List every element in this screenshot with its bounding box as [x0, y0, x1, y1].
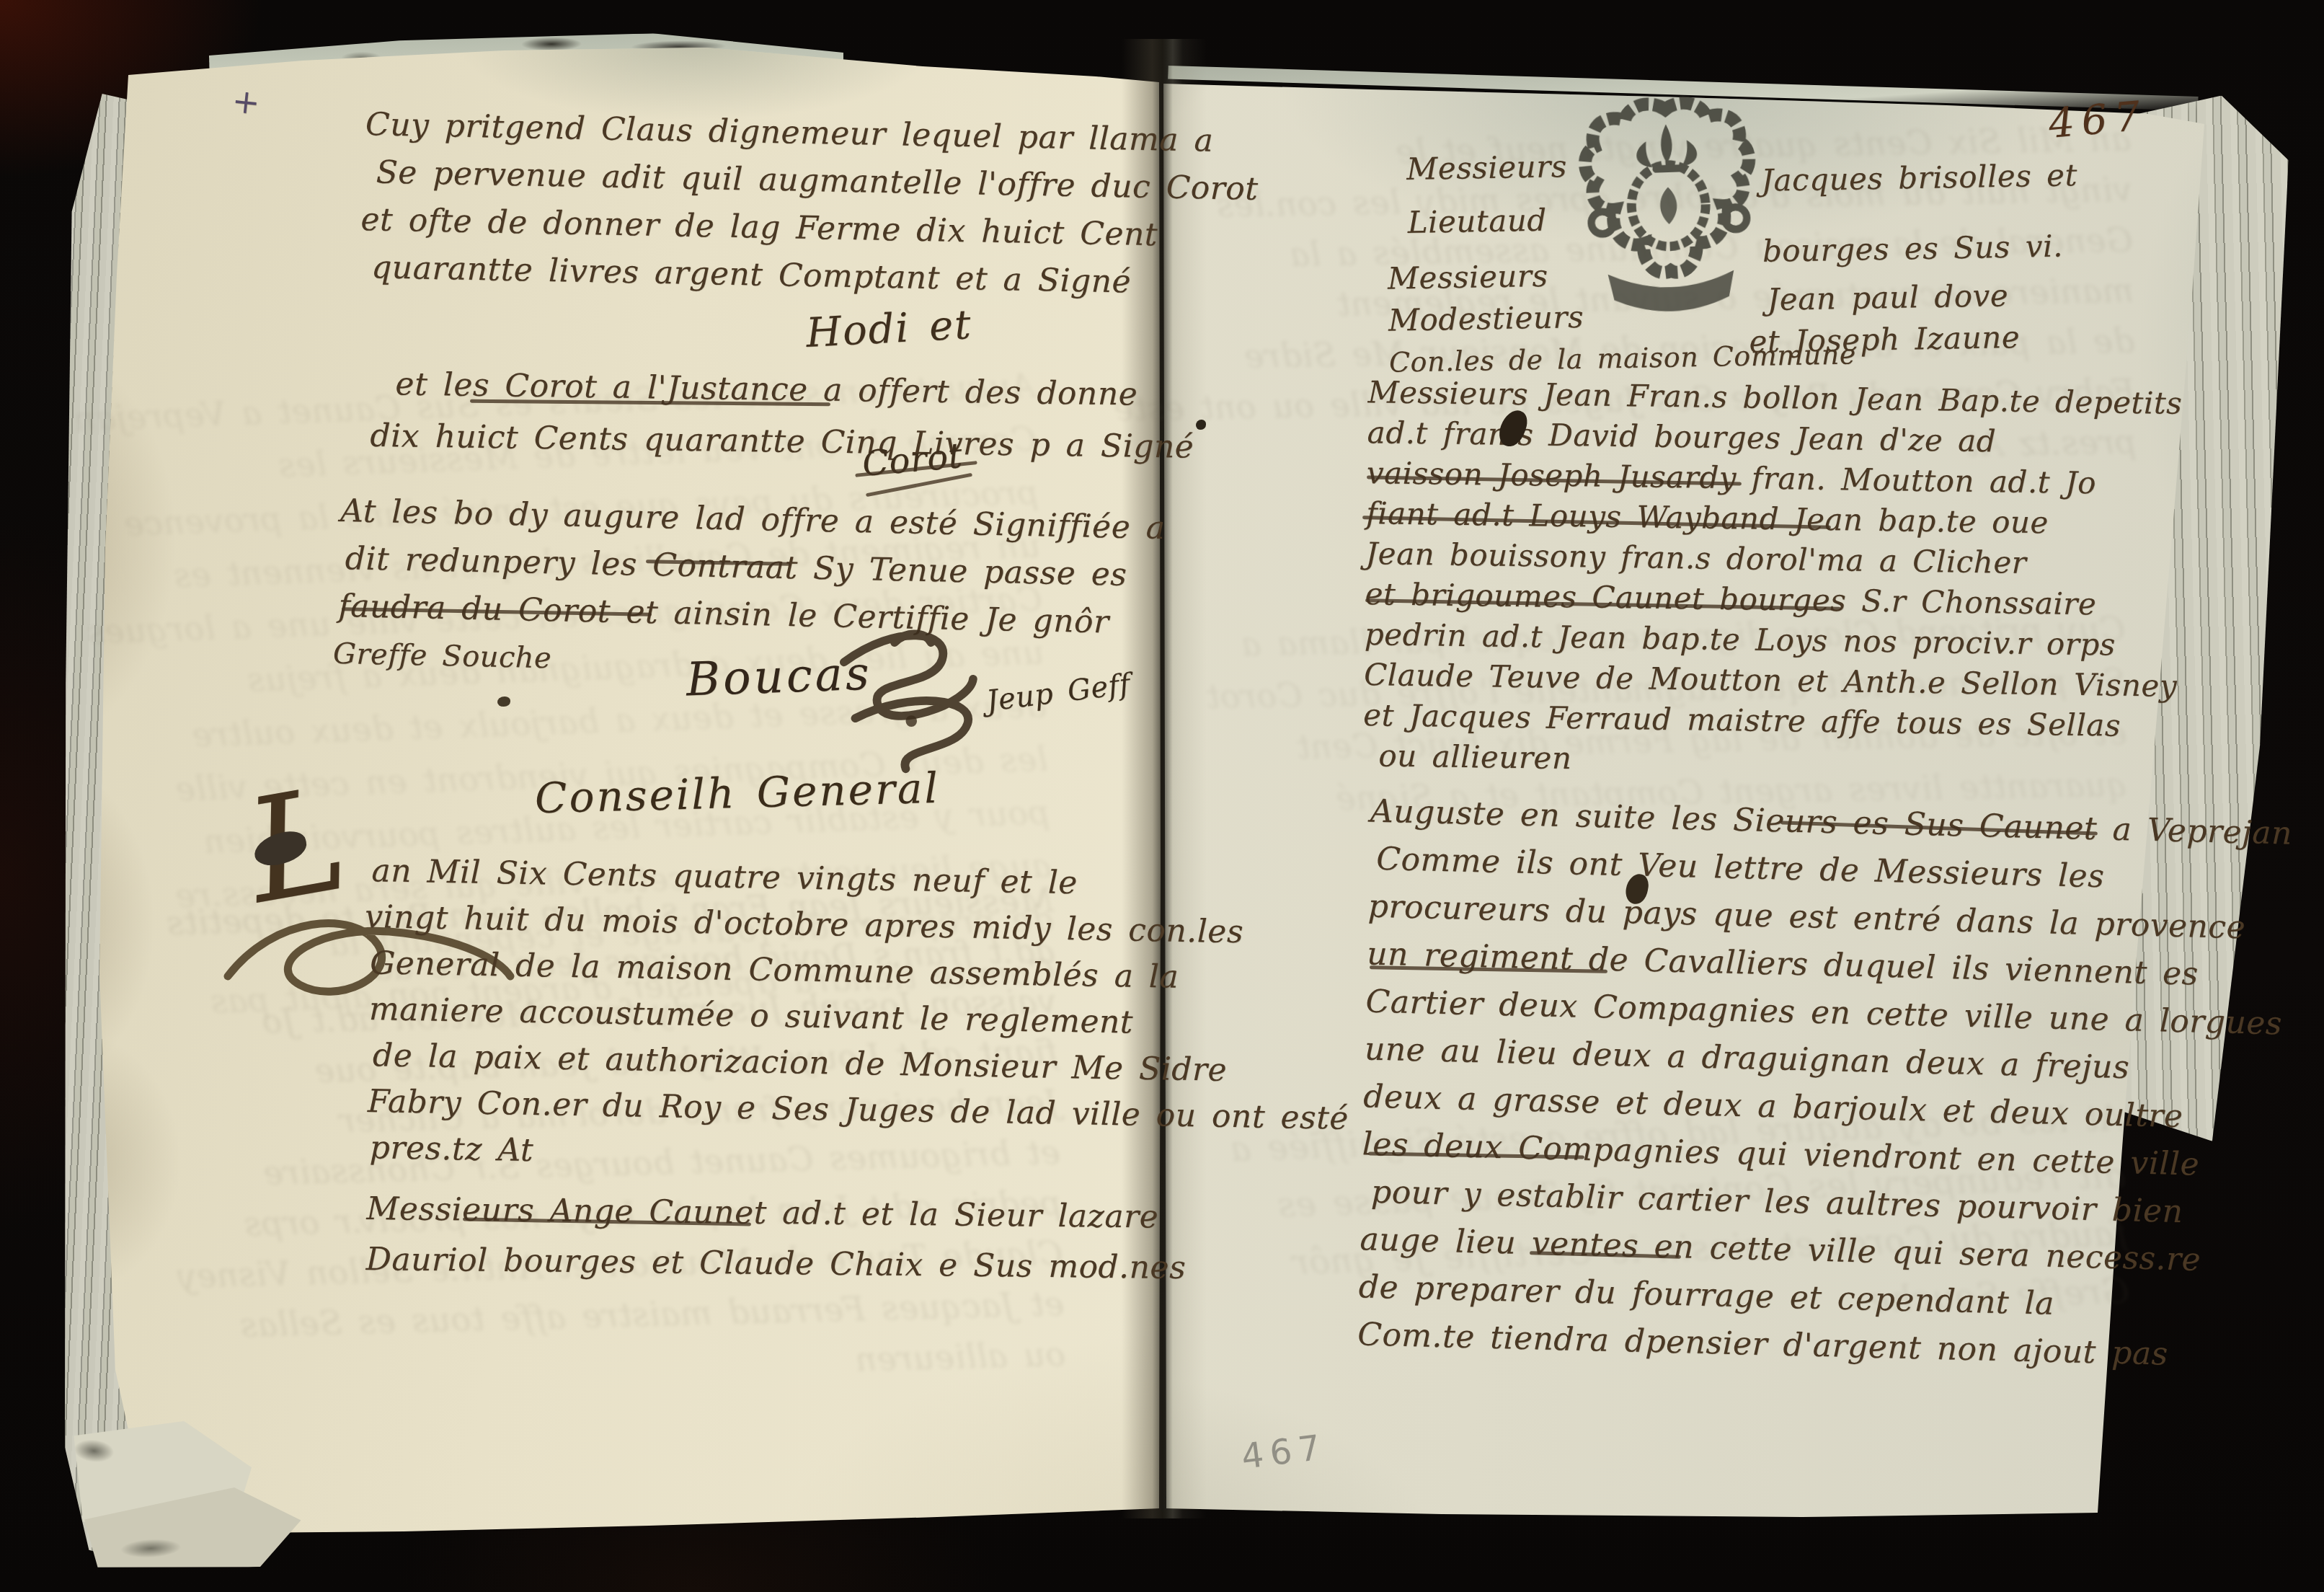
manuscript-line: Lieutaud — [1407, 193, 1569, 249]
ink-speck — [497, 696, 510, 707]
left-paragraph-hodie: et les Corot a l'Justance a offert des d… — [394, 358, 1195, 473]
folio-number-ink: 467 — [2046, 92, 2149, 148]
manuscript-line: Jacques brisolles et — [1760, 140, 2077, 216]
manuscript-line: Messieurs Ange Caunet ad.t et la Sieur l… — [366, 1184, 1187, 1243]
right-paragraph-cavalry-letter: Auguste en suite les Sieurs es Sus Caune… — [1357, 787, 2293, 1381]
manuscript-line: Messieurs — [1406, 140, 1568, 196]
right-header-messieurs-lieutaud: MessieursLieutaud — [1406, 140, 1569, 249]
fleur-de-lis-stamp-icon — [1571, 88, 1765, 335]
manuscript-line: Jean paul dove — [1767, 275, 2020, 321]
collation-cross-mark: + — [230, 81, 262, 123]
right-header-brisolles: Jacques brisolles etbourges es Sus vi. — [1760, 140, 2079, 287]
manuscript-photo: Auguste en suite les Sieurs es Sus Caune… — [0, 0, 2324, 1592]
signature-paraphe-flourish — [813, 616, 1024, 780]
manuscript-line: Dauriol bourges et Claude Chaix e Sus mo… — [365, 1234, 1186, 1293]
hodie-note: Hodi et — [804, 301, 973, 357]
left-paragraph-consuls: Messieurs Ange Caunet ad.t et la Sieur l… — [365, 1184, 1187, 1293]
left-paragraph-offer: Cuy pritgend Claus dignemeur lequel par … — [363, 101, 1260, 309]
right-header-paul-dove: Jean paul doveet Joseph Izaune — [1767, 275, 2021, 363]
manuscript-line: et Joseph Izaune — [1749, 317, 2021, 363]
ink-speck — [1196, 420, 1206, 430]
left-paragraph-session: an Mil Six Cents quatre vingts neuf et l… — [366, 848, 1353, 1188]
manuscript-line: bourges es Sus vi. — [1762, 211, 2079, 287]
right-paragraph-names: Messieurs Jean Fran.s bollon Jean Bap.te… — [1362, 372, 2183, 787]
